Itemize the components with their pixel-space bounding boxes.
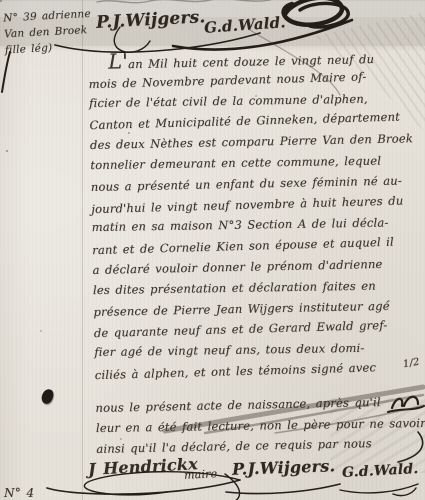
ink-blot [40,388,55,406]
manuscript-page: N° 39 adrienne Van den Broek fille lég) … [0,0,425,500]
wald-flourish [338,482,423,498]
next-act-number-fragment: N° 4 [4,486,34,500]
signature-wald-bottom: G.d.Wald. [342,461,419,481]
wijgers-underline-swash [224,482,344,496]
paper-specks [0,0,2,2]
margin-stray-stroke [0,50,14,95]
margin-rule-line [82,0,83,500]
smudge-strokes [145,385,425,435]
